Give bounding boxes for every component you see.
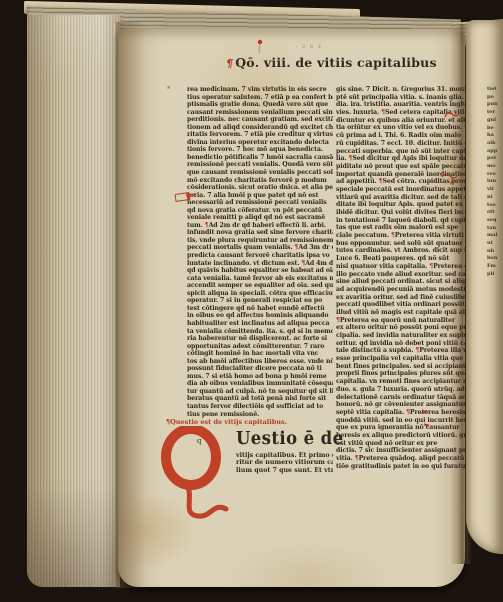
section-incipit-large: Uestio ē de [236,428,344,448]
text-line: Luce 6. Beati pauperes. qd nō sūt [336,255,466,263]
text-line: be [487,125,503,133]
text-line: veniale remitti p aliqd qd nō est sacram… [187,214,333,222]
text-line: cōtingit hominē in hac mortali vita vnc [187,350,333,358]
text-line: eft [487,209,503,217]
text-line: ritatis fervorem. 7 etiā pie creditur q … [187,131,333,139]
text-line: ciale peccatum. ¶Preterea vitia virtuti [336,232,466,240]
text-line: possunt fiducialiter dicere peccata nō t… [187,365,333,373]
pencil-foliation-note: · 2 6 2 · [296,44,329,50]
text-line: vii [487,186,503,194]
fore-edge-page-stack [27,15,120,587]
text-line: ibidē dicitur. Qui volūt divites fieri i… [336,209,466,217]
rubricator-squiggle-icon [440,170,460,190]
text-line: Fm [487,263,503,271]
text-line: illud vitiū nō magis est capitale quā al… [336,309,466,317]
text-line: causant remissionem venialium peccati si… [187,109,333,117]
text-line: mal [487,232,503,240]
text-line: que ex pura ignorantia nō causantur [336,424,466,432]
text-line: quoddā vitiū. sed in eo qui incurrit her… [336,417,466,425]
text-line: po [487,94,503,102]
next-page-text-fragments: tietpopuntergulbehaalkapppotmoreslunviin… [487,86,503,466]
text-line: res [487,171,503,179]
text-line: vitia. ¶Preterea quādoq. aliqd peccatū e… [336,455,466,463]
text-line: tale distinctū a supbia. ¶Preterea illa … [336,347,466,355]
text-line: tutes cardinales. vt Ambros. dicit sup i… [336,247,466,255]
text-line: mō excitando charitatis fervorē p modum [187,177,333,185]
text-line: necessariū ad remissionē peccati veniali… [187,199,333,207]
text-line: gis sine. 7 Dicit. n. Gregorius 31. mora… [336,86,466,94]
text-line: tos ab hmōi affectibus liberos esse. vnd… [187,358,333,366]
red-dot-icon [254,38,266,58]
text-line: ex altero oritur nō possūt poni eque pri… [336,324,466,332]
text-line: tiōe gratitudinis patet in eo qui furatu… [336,463,466,471]
text-line: benedictio pōtificalis 7 hmōi sacralia c… [187,154,333,162]
text-line: tius operatur salutem. 7 etiā p ea confe… [187,94,333,102]
text-line: tas que est radix oīm malorū est spe [336,224,466,232]
text-line: rea medicinam. 7 vim virtutis in eis sec… [187,86,333,94]
text-line: operatur. 7 si in generali respiciat ea … [187,297,333,305]
text-line: ter [487,109,503,117]
text-line: mus. 7 si etiā homo ad bona p hmōi reme [187,373,333,381]
text-line: ditate ibi loquitur Apls. quod patet ex … [336,201,466,209]
text-line: tius pene remissionē. [187,411,333,419]
text-line: cata venialia. tamē fervor ab eis excita… [187,275,333,283]
text-line: vitiarū qui avaritia dicitur. sed de tal… [336,194,466,202]
text-line: ptismalis gratie dona. Quedā vero sūt qu… [187,101,333,109]
text-line: cōsiderationis. sicut oratio dnīca. et a… [187,184,333,192]
photograph-of-open-incunabulum: ¶Qō. viii. de vitiis capitalibus · 2 6 2… [0,0,503,602]
text-line: tis. vnde plura requiruntur ad remission… [187,237,333,245]
text-line: est vitiū quod nō oritur ex pre [336,440,466,448]
text-line: bent fines principales. sed si accipiant… [336,363,466,371]
text-line: dia ab oībus venialibus immunitatē cōseq… [187,380,333,388]
text-line: ta venialia cōmittenda. ita. s. qd si in… [187,328,333,336]
text-line: remissionē peccati venialis. Quedā vero … [187,161,333,169]
text-line: peccati quodlibet vitia ordinari possūt.… [336,301,466,309]
text-line: pli [487,271,503,279]
text-line: infundit nova gratia sed sine fervore ch… [187,229,333,237]
text-line: toe [487,202,503,210]
right-text-column: gis sine. 7 Dicit. n. Gregorius 31. mora… [336,86,466,475]
text-line: ptē sūt principalia vitia. s. inanis gli… [336,94,466,102]
text-line: pot [487,155,503,163]
text-line: ni [487,194,503,202]
text-line: mo [487,163,503,171]
text-line: tiet [487,86,503,94]
text-line: proprii fines principales plures sūt quā… [336,370,466,378]
text-line: vitijs capitalibus. Et primo que [236,452,333,459]
text-line: bus opponuntur. sed solū sūt quatuor vir [336,240,466,248]
text-line: ritur de numero vitiorum capita [236,459,333,466]
text-line: divina interius operetur excitando delec… [187,139,333,147]
text-line: nb [487,248,503,256]
text-line: alk [487,140,503,148]
text-line: capitalia. vn remoti fines accipiantur n… [336,378,466,386]
section-opening-lines: vitijs capitalibus. Et primo queritur de… [236,452,333,475]
text-line: peccati superbia. que nō sūt inter capit… [336,148,466,156]
text-line: qd quāvis habitus equaliter se habeat ad… [187,267,333,275]
text-line: ex avaritia oritur. sed ad finē cuiuslib… [336,294,466,302]
text-line: tur quantū ad culpā. nō tn sequitur qd s… [187,388,333,396]
text-line: ha [487,132,503,140]
text-line: ria haberentur nō displicerent. ac forte… [187,335,333,343]
text-line: oritur. qd invidia nō debet poni vitiū c… [336,340,466,348]
left-text-column: rea medicinam. 7 vim virtutis in eis sec… [187,86,333,423]
text-line: in oībus eo qd affectus hominis aliquand… [187,312,333,320]
rubricator-guide-letter: q [197,437,201,445]
text-line: duo. s. gula 7 luxuria. quorū utrūq. ad [336,386,466,394]
text-line: habitualiter est inclinatus ad aliqua pe… [187,320,333,328]
text-line: gul [487,117,503,125]
text-line: bon [487,255,503,263]
text-line: tantus fervor dilectiōis qd sufficiat ad… [187,403,333,411]
text-line: heresis ex aliquo predictorū vitiorū. gr… [336,432,466,440]
text-line: predicta causant fervorē charitatis ipsa… [187,252,333,260]
text-line: accendit semper se equaliter ad oīa. sed… [187,282,333,290]
text-line: qd nova gratia cōferatur. vn pōt peccatū [187,207,333,215]
text-line: sine aliud peccati ordinat. sicut si ali… [336,278,466,286]
gutter-shadow [116,22,146,588]
text-line: ut [487,240,503,248]
text-line: delectationē carnis ordinatur tāquā ad f… [336,394,466,402]
text-line: rū cupiditas. 7 eccl. 10. dicitur. Initi… [336,140,466,148]
text-line: seq [487,217,503,225]
red-asterisk-icon: * [167,85,170,93]
text-line: tan [487,225,503,233]
text-line: que causant remissionē venialis peccati … [187,169,333,177]
text-line: toria. 7 alia hmōi p que patet qd nō est [187,192,333,200]
text-line: bonorū. nō gr cōvenienter assignantur [336,401,466,409]
rubricator-squiggle-icon [443,107,463,126]
text-line: tionem ad aliqd considerandū qd excitet … [187,124,333,132]
text-line: nisi quatuor vitia capitalia. ¶Preterea … [336,263,466,271]
text-line: ad acquirendū pecuniā motus modestia [336,286,466,294]
text-line: dictis. 7 sic insufficienter assignant p… [336,447,466,455]
text-line: septē vitia capitalia. ¶Preterea heresis… [336,409,466,417]
text-line: opportunitas adest cōmitterentur. 7 raro [187,343,333,351]
text-line: lun [487,178,503,186]
text-line: test cōtingere qd nō habet eundē effectū [187,305,333,313]
text-line: cū prima ad i. Thi. 6. Radix oīm malo [336,132,466,140]
text-line: app [487,148,503,156]
text-line: beratus quantū ad totā penā nisi forte s… [187,395,333,403]
text-line: lium quot 7 que sunt. Et vtrum [236,467,333,474]
text-line: spicit aliqua in speciali. cōtra que eff… [187,290,333,298]
text-line: cipalia. sed invidia naturaliter ex supb… [336,332,466,340]
text-line: tionis fervore. 7 hoc mō aqua benedicta. [187,146,333,154]
red-rubric-line: ¶Questio est de vitijs capitalibus. [166,418,287,426]
red-paragraph-icon: ¶ [226,57,233,70]
text-line: perditionis. nec causant gratiam. sed ex… [187,116,333,124]
text-line: illo peccato vnde aliud exoritur. sed ca… [336,271,466,279]
text-line: in tentationē 7 laqueū diaboli. qd cupid… [336,217,466,225]
text-line: luntate inclinando. vt dictum est. ¶Ad 4… [187,260,333,268]
text-line: peccati mortalis quam venialis. ¶Ad 3m d… [187,244,333,252]
text-line: lia. ¶Sed dicitur qd Apls ibi loquitur d… [336,155,466,163]
text-line: ¶Preterea ea quorū unū naturaliter [336,317,466,325]
text-line: esse principalia vel capitalia vitia que… [336,355,466,363]
text-line: pun [487,101,503,109]
text-line: tum. ¶Ad 2m dr qd haberi effectū li. arb… [187,222,333,230]
